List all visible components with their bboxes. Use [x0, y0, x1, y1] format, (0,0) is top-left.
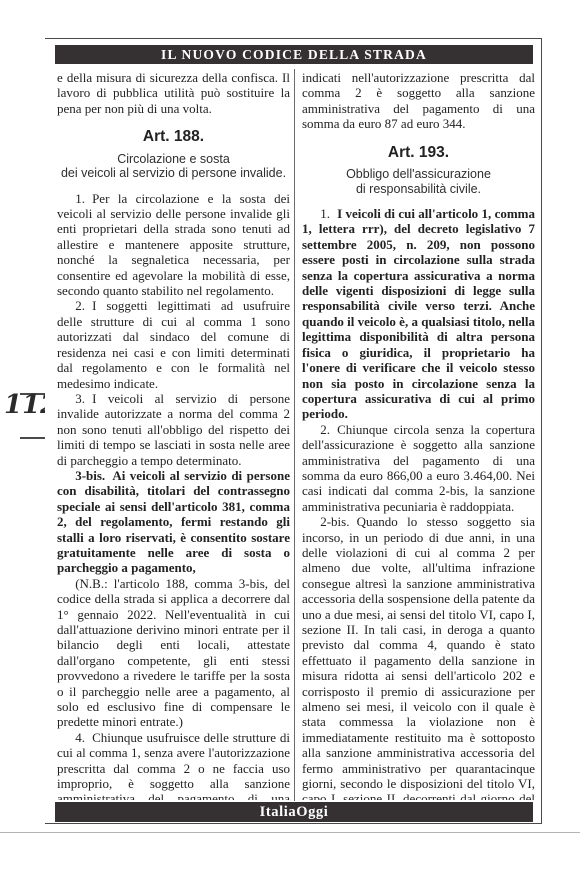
page-edge-line	[0, 832, 580, 833]
paragraph: 1.Per la circolazione e la sosta dei vei…	[57, 191, 290, 299]
paragraph: 2.Chiunque circola senza la copertura de…	[302, 422, 535, 514]
paragraph-number: 1.	[320, 206, 330, 221]
subtitle-line: di responsabilità civile.	[302, 182, 535, 197]
paragraph: indicati nell'autorizzazione prescritta …	[302, 70, 535, 132]
margin-bracket-bottom-foot	[20, 437, 46, 439]
paragraph: 3.I veicoli al servizio di persone inval…	[57, 391, 290, 468]
paragraph-number: 2.	[320, 422, 330, 437]
column-divider	[294, 69, 295, 801]
column-right: indicati nell'autorizzazione prescritta …	[302, 70, 535, 800]
paragraph: 1.I veicoli di cui all'articolo 1, comma…	[302, 206, 535, 422]
nb-note: (N.B.: l'articolo 188, comma 3-bis, del …	[57, 576, 290, 730]
paragraph-text: Per la circolazione e la sosta dei veico…	[57, 191, 290, 298]
paragraph-text: Chiunque usufruisce delle strutture di c…	[57, 730, 290, 800]
paragraph: 2-bis.Quando lo stesso soggetto sia inco…	[302, 514, 535, 800]
paragraph-text: I veicoli di cui all'articolo 1, comma 1…	[302, 206, 535, 421]
article-188-heading: Art. 188.	[57, 129, 290, 144]
header-title: IL NUOVO CODICE DELLA STRADA	[161, 47, 427, 62]
paragraph-number: 1.	[75, 191, 85, 206]
paragraph-number: 2-bis.	[320, 514, 349, 529]
article-188-subtitle: Circolazione e sosta dei veicoli al serv…	[57, 152, 290, 181]
article-193-subtitle: Obbligo dell'assicurazione di responsabi…	[302, 167, 535, 196]
footer-brand: ItaliaOggi	[260, 804, 329, 820]
paragraph: e della misura di sicurezza della confis…	[57, 70, 290, 116]
paragraph-number: 3-bis.	[75, 468, 105, 483]
subtitle-line: Obbligo dell'assicurazione	[302, 167, 535, 182]
subtitle-line: Circolazione e sosta	[57, 152, 290, 167]
page-frame: IL NUOVO CODICE DELLA STRADA e della mis…	[45, 38, 542, 824]
paragraph-text: e della misura di sicurezza della confis…	[57, 70, 290, 116]
page-number: 112	[4, 390, 44, 420]
article-193-heading: Art. 193.	[302, 145, 535, 160]
paragraph-text: indicati nell'autorizzazione prescritta …	[302, 70, 535, 131]
subtitle-line: dei veicoli al servizio di persone inval…	[57, 166, 290, 181]
paragraph: 3-bis.Ai veicoli al servizio di persone …	[57, 468, 290, 576]
paragraph-text: Chiunque circola senza la copertura dell…	[302, 422, 535, 514]
paragraph-text: Quando lo stesso soggetto sia incorso, i…	[302, 514, 535, 800]
paragraph: 4.Chiunque usufruisce delle strutture di…	[57, 730, 290, 800]
paragraph-number: 2.	[75, 298, 85, 313]
paragraph: 2.I soggetti legittimati ad usufruire de…	[57, 298, 290, 390]
paragraph-text: (N.B.: l'articolo 188, comma 3-bis, del …	[57, 576, 290, 730]
paragraph-text: I soggetti legittimati ad usufruire dell…	[57, 298, 290, 390]
header-bar: IL NUOVO CODICE DELLA STRADA	[55, 45, 533, 64]
paragraph-number: 4.	[75, 730, 85, 745]
column-left: e della misura di sicurezza della confis…	[57, 70, 290, 800]
paragraph-number: 3.	[75, 391, 85, 406]
footer-bar: ItaliaOggi	[55, 802, 533, 822]
paragraph-text: Ai veicoli al servizio di persone con di…	[57, 468, 290, 575]
paragraph-text: I veicoli al servizio di persone invalid…	[57, 391, 290, 468]
